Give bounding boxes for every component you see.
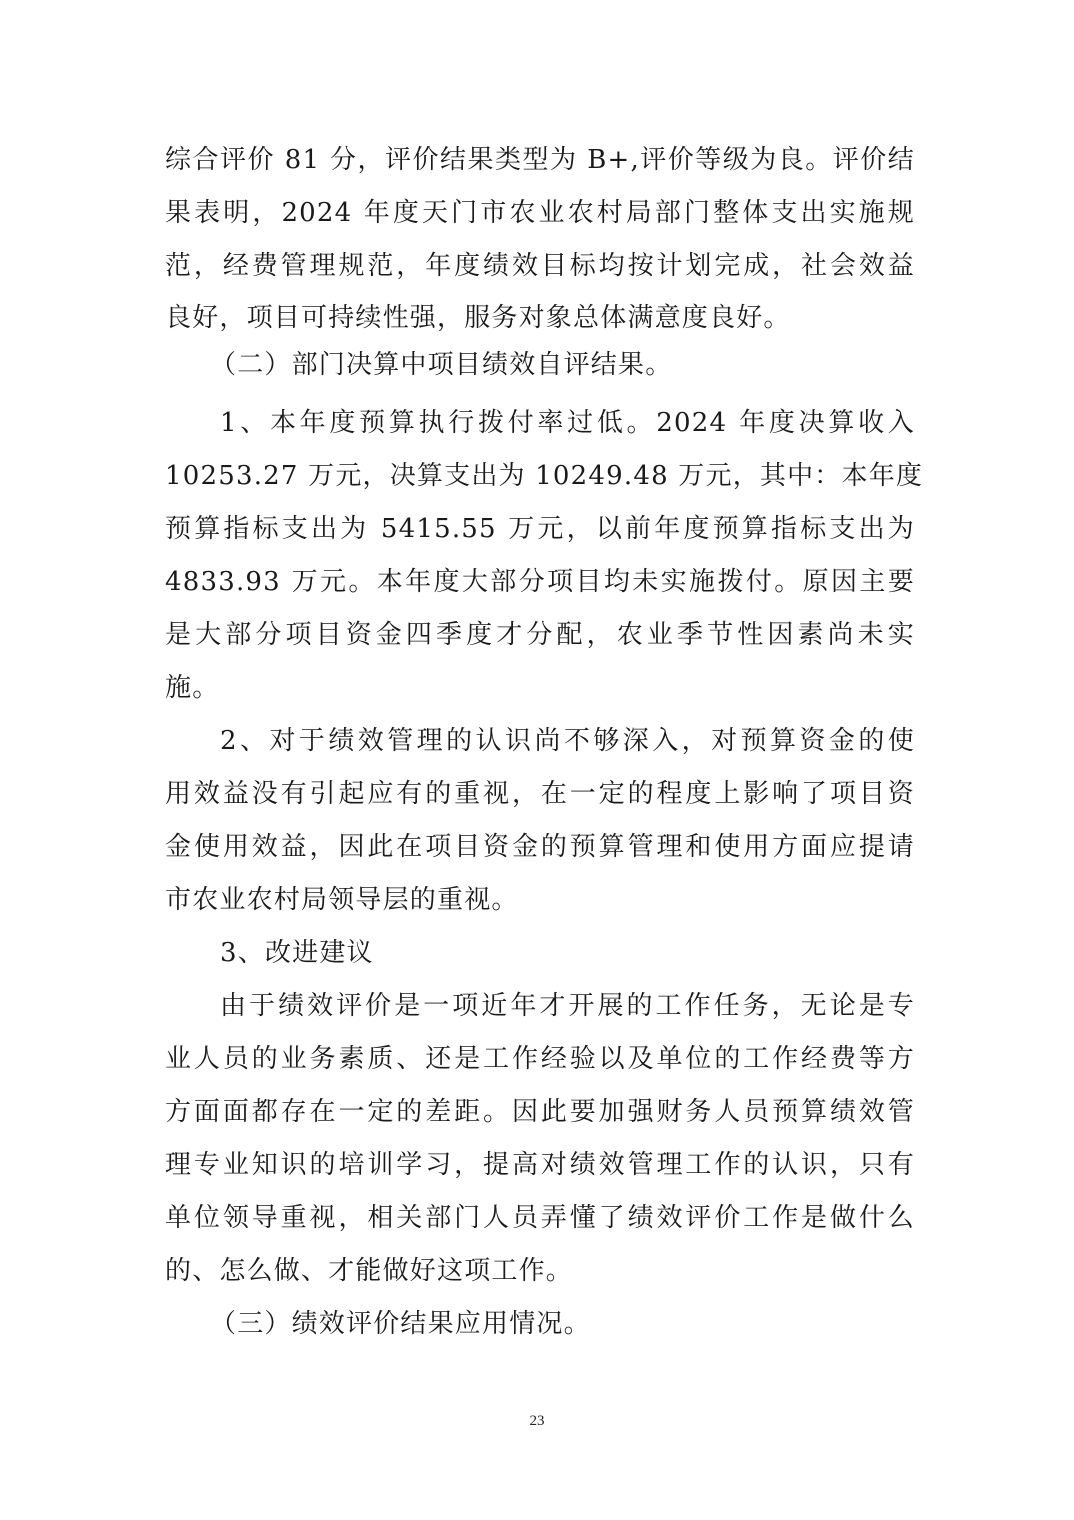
body-text-line: 1、本年度预算执行拨付率过低。2024 年度决算收入 <box>220 403 915 443</box>
body-text-line: 是大部分项目资金四季度才分配，农业季节性因素尚未实 <box>165 615 915 655</box>
body-text-line: 3、改进建议 <box>220 933 915 973</box>
body-text-line: 2、对于绩效管理的认识尚不够深入，对预算资金的使 <box>220 721 915 761</box>
body-text-line: 范，经费管理规范，年度绩效目标均按计划完成，社会效益 <box>165 246 915 286</box>
section-heading: （三）绩效评价结果应用情况。 <box>210 1304 960 1344</box>
body-text-line: 理专业知识的培训学习，提高对绩效管理工作的认识，只有 <box>165 1145 915 1185</box>
body-text-line: 单位领导重视，相关部门人员弄懂了绩效评价工作是做什么 <box>165 1198 915 1238</box>
body-text-line: 的、怎么做、才能做好这项工作。 <box>165 1251 915 1291</box>
document-page: 综合评价 81 分，评价结果类型为 B+,评价等级为良。评价结 果表明，2024… <box>0 0 1074 1520</box>
body-text-line: 市农业农村局领导层的重视。 <box>165 880 915 920</box>
body-text-line: 方面面都存在一定的差距。因此要加强财务人员预算绩效管 <box>165 1092 915 1132</box>
body-text-line: 施。 <box>165 668 915 708</box>
body-text-line: 良好，项目可持续性强，服务对象总体满意度良好。 <box>165 298 915 338</box>
body-text-line: 用效益没有引起应有的重视，在一定的程度上影响了项目资 <box>165 774 915 814</box>
body-text-line: 10253.27 万元，决算支出为 10249.48 万元，其中：本年度 <box>165 456 915 496</box>
body-text-line: 金使用效益，因此在项目资金的预算管理和使用方面应提请 <box>165 827 915 867</box>
body-text-line: 预算指标支出为 5415.55 万元，以前年度预算指标支出为 <box>165 509 915 549</box>
section-heading: （二）部门决算中项目绩效自评结果。 <box>210 345 960 385</box>
body-text-line: 综合评价 81 分，评价结果类型为 B+,评价等级为良。评价结 <box>165 140 915 180</box>
body-text-line: 4833.93 万元。本年度大部分项目均未实施拨付。原因主要 <box>165 562 915 602</box>
body-text-line: 业人员的业务素质、还是工作经验以及单位的工作经费等方 <box>165 1039 915 1079</box>
page-number: 23 <box>0 1413 1074 1430</box>
body-text-line: 由于绩效评价是一项近年才开展的工作任务，无论是专 <box>220 986 915 1026</box>
body-text-line: 果表明，2024 年度天门市农业农村局部门整体支出实施规 <box>165 193 915 233</box>
